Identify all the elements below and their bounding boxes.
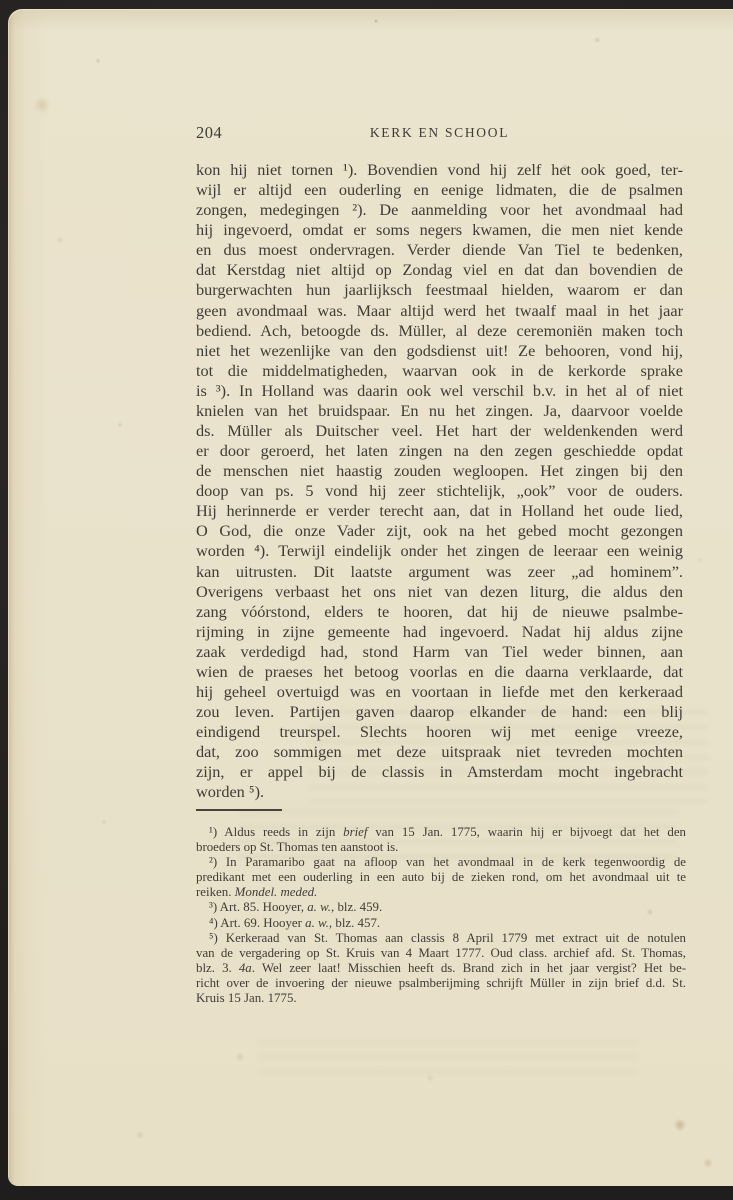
body-text-line: burgerwachten hun jaarlijksch feestmaal … bbox=[196, 280, 683, 300]
body-text-line: kan uitrusten. Dit laatste argument was … bbox=[196, 562, 683, 582]
footnote-line: blz. 3. 4a. Wel zeer laat! Misschien hee… bbox=[196, 961, 686, 976]
body-text-line: zongen, medegingen ²). De aanmelding voo… bbox=[196, 200, 683, 220]
body-text-line: zou leven. Partijen gaven daarop elkande… bbox=[196, 702, 683, 722]
footnote-line: predikant met een ouderling in een auto … bbox=[196, 870, 686, 885]
body-text-line: Hij herinnerde er verder terecht aan, da… bbox=[196, 501, 683, 521]
footnote-line: ⁴) Art. 69. Hooyer a. w., blz. 457. bbox=[196, 916, 686, 931]
scan-photo-backdrop: 204 KERK EN SCHOOL kon hij niet tornen ¹… bbox=[0, 0, 733, 1200]
body-text-line: hij ingevoerd, omdat er soms negers kwam… bbox=[196, 220, 683, 240]
body-text-line: zang vóórstond, elders te hooren, dat hi… bbox=[196, 602, 683, 622]
body-text-line: knielen van het bruidspaar. En nu het zi… bbox=[196, 401, 683, 421]
body-text-line: bediend. Ach, betoogde ds. Müller, al de… bbox=[196, 321, 683, 341]
book-page-surface: 204 KERK EN SCHOOL kon hij niet tornen ¹… bbox=[8, 9, 733, 1186]
body-text: kon hij niet tornen ¹). Bovendien vond h… bbox=[196, 160, 683, 803]
footnotes: ¹) Aldus reeds in zijn brief van 15 Jan.… bbox=[196, 825, 686, 1006]
body-text-line: niet het wezenlijke van den godsdienst u… bbox=[196, 341, 683, 361]
footnote-line: ⁵) Kerkeraad van St. Thomas aan classis … bbox=[196, 931, 686, 946]
body-text-line: dat Kerstdag niet altijd op Zondag viel … bbox=[196, 260, 683, 280]
body-text-line: rijming in zijne gemeente had ingevoerd.… bbox=[196, 622, 683, 642]
page-header: 204 KERK EN SCHOOL bbox=[196, 123, 683, 143]
body-text-line: worden ⁵). bbox=[196, 782, 683, 802]
body-text-line: eindigend treurspel. Slechts hooren wij … bbox=[196, 722, 683, 742]
body-text-line: O God, die onze Vader zijt, ook na het g… bbox=[196, 521, 683, 541]
body-text-line: er door geroerd, het laten zingen na den… bbox=[196, 441, 683, 461]
footnote-line: Kruis 15 Jan. 1775. bbox=[196, 991, 686, 1006]
body-text-line: wien de praeses het betoog voorlas en di… bbox=[196, 662, 683, 682]
body-text-line: is ³). In Holland was daarin ook wel ver… bbox=[196, 381, 683, 401]
running-header: KERK EN SCHOOL bbox=[196, 125, 683, 141]
footnote-line: richt over de invoering der nieuwe psalm… bbox=[196, 976, 686, 991]
footnote-line: van de vergadering op St. Kruis van 4 Ma… bbox=[196, 946, 686, 961]
body-text-line: Overigens verbaast het ons niet van deze… bbox=[196, 582, 683, 602]
footnote-line: broeders op St. Thomas ten aanstoot is. bbox=[196, 840, 686, 855]
body-text-line: zijn, er appel bij de classis in Amsterd… bbox=[196, 762, 683, 782]
footnote-line: ³) Art. 85. Hooyer, a. w., blz. 459. bbox=[196, 900, 686, 915]
footnote-separator-rule bbox=[196, 809, 282, 811]
body-text-line: en dus moest ondervragen. Verder diende … bbox=[196, 240, 683, 260]
body-text-line: wijl er altijd een ouderling en eenige l… bbox=[196, 180, 683, 200]
body-text-line: ds. Müller als Duitscher veel. Het hart … bbox=[196, 421, 683, 441]
body-text-line: geen avondmaal was. Maar altijd werd het… bbox=[196, 301, 683, 321]
body-text-line: de menschen niet haastig zouden wegloope… bbox=[196, 461, 683, 481]
body-text-line: zaak verdedigd had, stond Harm van Tiel … bbox=[196, 642, 683, 662]
body-text-line: tot die middelmatigheden, waarvan ook in… bbox=[196, 361, 683, 381]
verso-show-through bbox=[258, 1039, 638, 1079]
body-text-line: kon hij niet tornen ¹). Bovendien vond h… bbox=[196, 160, 683, 180]
body-text-line: doop van ps. 5 vond hij zeer stichtelijk… bbox=[196, 481, 683, 501]
body-text-line: dat, zoo sommigen met deze uitspraak nie… bbox=[196, 742, 683, 762]
footnote-line: reiken. Mondel. meded. bbox=[196, 885, 686, 900]
body-text-line: worden ⁴). Terwijl eindelijk onder het z… bbox=[196, 541, 683, 561]
footnote-line: ²) In Paramaribo gaat na afloop van het … bbox=[196, 855, 686, 870]
body-text-line: hij geheel overtuigd was en voortaan in … bbox=[196, 682, 683, 702]
footnote-line: ¹) Aldus reeds in zijn brief van 15 Jan.… bbox=[196, 825, 686, 840]
